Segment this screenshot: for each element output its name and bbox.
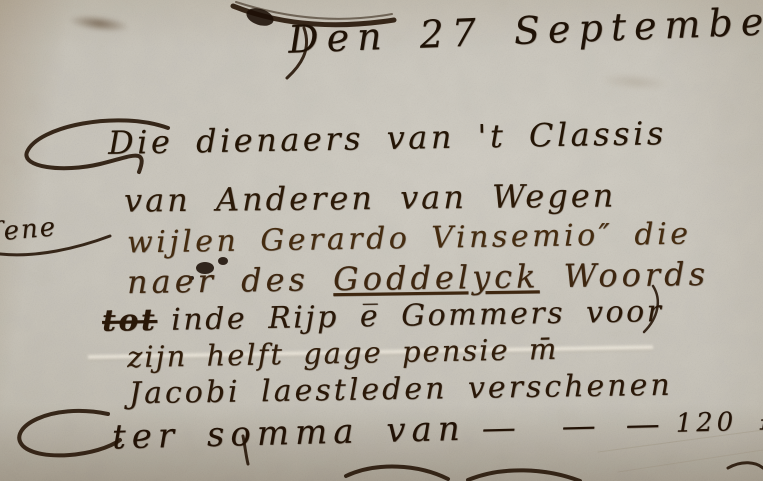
sum-prefix: ter somma van	[112, 411, 467, 457]
sum-amount: 120 £	[675, 408, 763, 439]
manuscript-photo: Den 27 September ſene Die dienaers van '…	[0, 0, 763, 481]
sum-dash-2: —	[561, 408, 596, 446]
sum-dash-3: —	[625, 406, 660, 444]
line-4-underlined-word: Goddelyck	[333, 257, 540, 298]
sum-dash-1: —	[481, 410, 516, 448]
manuscript-line-4: naer des Goddelyck Woords	[127, 257, 710, 300]
struck-word: tot	[102, 303, 158, 339]
margin-note: ſene	[0, 213, 58, 247]
line-4-prefix: naer des	[127, 260, 334, 301]
line-4-suffix: Woords	[539, 255, 709, 295]
manuscript-line-2: van Anderen van Wegen	[124, 178, 617, 218]
